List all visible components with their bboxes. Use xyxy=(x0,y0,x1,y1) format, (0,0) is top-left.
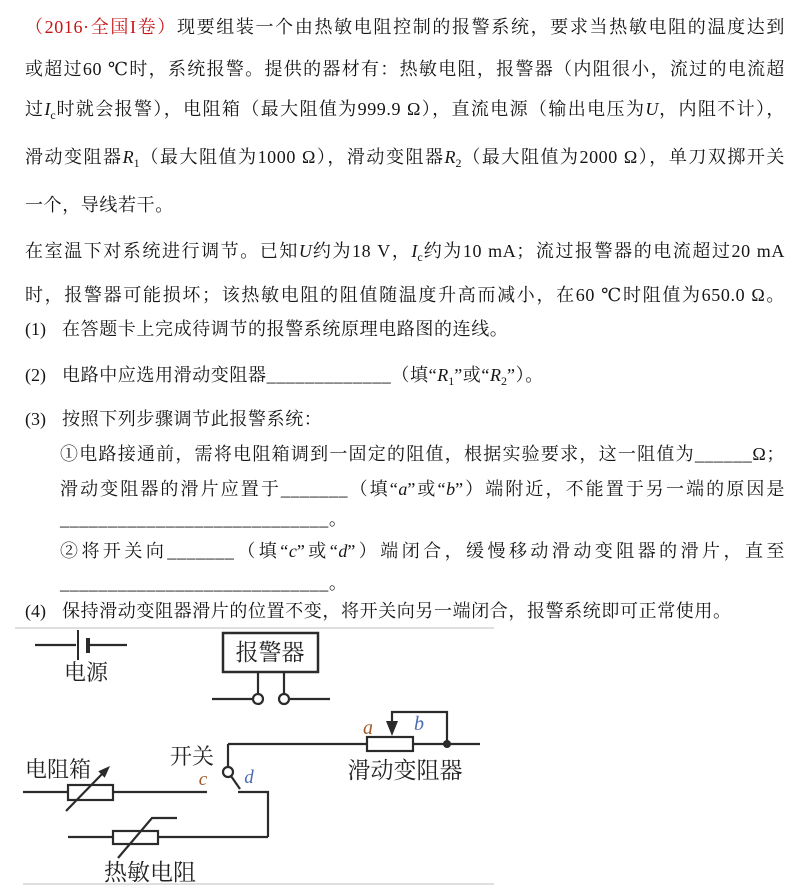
text-line-15: ____________________________。 xyxy=(60,572,347,594)
text-segment: 或超过60 ℃时，系统报警。提供的器材有：热敏电阻，报警器（内阻很小，流过的电流… xyxy=(25,59,785,79)
text-segment: 滑动变阻器 xyxy=(25,147,123,167)
text-segment: ”）端闭合，缓慢移动滑动变阻器的滑片，直至 xyxy=(347,541,785,561)
text-line-7: 时，报警器可能损坏；该热敏电阻的阻值随温度升高而减小，在60 ℃时阻值为650.… xyxy=(25,284,785,306)
text-segment: ”或“ xyxy=(297,541,339,561)
text-segment: a xyxy=(398,479,407,499)
text-segment: 一个，导线若干。 xyxy=(25,195,174,215)
text-segment: (2) xyxy=(25,364,62,386)
text-segment: b xyxy=(446,479,455,499)
text-segment: ____________________________ xyxy=(60,573,329,593)
text-segment: 约为10 mA；流过报警器的电流超过20 mA xyxy=(423,241,785,261)
text-segment: R xyxy=(123,147,134,167)
text-segment: ”）端附近，不能置于另一端的原因是 xyxy=(455,479,785,499)
rheostat-symbol xyxy=(228,712,480,751)
text-line-14: ②将开关向_______（填“c”或“d”）端闭合，缓慢移动滑动变阻器的滑片，直… xyxy=(60,540,785,562)
text-segment: _______ xyxy=(281,479,348,499)
wiper-arrow xyxy=(386,721,398,736)
text-segment: U xyxy=(299,241,312,261)
text-segment: 时就会报警），电阻箱（最大阻值为999.9 Ω），直流电源（输出电压为 xyxy=(56,99,646,119)
text-line-2: 或超过60 ℃时，系统报警。提供的器材有：热敏电阻，报警器（内阻很小，流过的电流… xyxy=(25,58,785,80)
thermistor-label: 热敏电阻 xyxy=(104,859,196,885)
text-segment: （填“ xyxy=(348,479,398,499)
text-line-5: 一个，导线若干。 xyxy=(25,194,174,216)
circuit-diagram: 电源 报警器 a b 滑动变阻器 开关 c xyxy=(0,626,500,890)
text-segment: Ω； xyxy=(752,444,785,464)
text-line-3: 过Ic时就会报警），电阻箱（最大阻值为999.9 Ω），直流电源（输出电压为U，… xyxy=(25,98,785,126)
terminal-d-label: d xyxy=(244,767,254,788)
switch-pivot xyxy=(223,767,233,777)
thermistor-symbol xyxy=(68,792,268,858)
text-segment: 过 xyxy=(25,99,44,119)
text-segment: _______ xyxy=(167,541,234,561)
terminal-c-label: c xyxy=(199,769,208,790)
text-segment: 保持滑动变阻器滑片的位置不变，将开关向另一端闭合，报警系统即可正常使用。 xyxy=(62,601,732,621)
terminal-b-label: b xyxy=(414,713,424,735)
text-segment: ”或“ xyxy=(454,365,490,385)
text-segment: (4) xyxy=(25,600,62,622)
text-segment: 在室温下对系统进行调节。已知 xyxy=(25,241,299,261)
switch-blade xyxy=(231,776,240,789)
document-page: （2016·全国I卷）现要组装一个由热敏电阻控制的报警系统，要求当热敏电阻的温度… xyxy=(0,0,801,890)
text-segment: U xyxy=(645,99,658,119)
text-segment: ______ xyxy=(695,444,753,464)
text-line-8: (1)在答题卡上完成待调节的报警系统原理电路图的连线。 xyxy=(25,318,508,340)
resistance-box-label: 电阻箱 xyxy=(25,757,91,782)
text-segment: 电路中应选用滑动变阻器 xyxy=(62,365,267,385)
text-segment: （填“ xyxy=(391,365,437,385)
text-line-13: ____________________________。 xyxy=(60,508,347,530)
text-segment: ”）。 xyxy=(507,365,544,385)
text-segment: 按照下列步骤调节此报警系统： xyxy=(62,409,322,429)
text-segment: （最大阻值为2000 Ω），单刀双掷开关 xyxy=(461,147,785,167)
contact-d-wire xyxy=(238,792,268,837)
switch-label: 开关 xyxy=(170,744,214,769)
text-segment: _____________ xyxy=(267,365,392,385)
text-segment: （2016·全国I卷） xyxy=(25,17,177,37)
power-source-label: 电源 xyxy=(64,660,109,685)
text-segment: (3) xyxy=(25,408,62,430)
text-segment: ①电路接通前，需将电阻箱调到一固定的阻值，根据实验要求，这一阻值为 xyxy=(60,444,695,464)
text-segment: 滑动变阻器的滑片应置于 xyxy=(60,479,281,499)
text-segment: R xyxy=(490,365,501,385)
alarm-left-terminal xyxy=(253,694,263,704)
text-segment: d xyxy=(338,541,347,561)
text-line-11: ①电路接通前，需将电阻箱调到一固定的阻值，根据实验要求，这一阻值为______Ω… xyxy=(60,443,785,465)
text-segment: ”或“ xyxy=(407,479,446,499)
text-segment: 约为18 V， xyxy=(312,241,412,261)
text-segment: 。 xyxy=(329,573,348,593)
text-segment: 在答题卡上完成待调节的报警系统原理电路图的连线。 xyxy=(62,319,508,339)
text-line-10: (3)按照下列步骤调节此报警系统： xyxy=(25,408,322,430)
rheostat-label: 滑动变阻器 xyxy=(348,757,463,783)
text-segment: （最大阻值为1000 Ω），滑动变阻器 xyxy=(140,147,445,167)
text-segment: 时，报警器可能损坏；该热敏电阻的阻值随温度升高而减小，在60 ℃时阻值为650.… xyxy=(25,285,785,305)
terminal-a-label: a xyxy=(363,717,373,739)
junction-dot xyxy=(443,740,451,748)
text-segment: 。 xyxy=(329,509,348,529)
text-segment: c xyxy=(289,541,297,561)
text-segment: （填“ xyxy=(234,541,288,561)
text-line-16: (4)保持滑动变阻器滑片的位置不变，将开关向另一端闭合，报警系统即可正常使用。 xyxy=(25,600,732,622)
text-segment: 现要组装一个由热敏电阻控制的报警系统，要求当热敏电阻的温度达到 xyxy=(177,17,785,37)
text-segment: R xyxy=(437,365,448,385)
alarm-right-terminal xyxy=(279,694,289,704)
text-line-9: (2)电路中应选用滑动变阻器_____________（填“R1”或“R2”）。 xyxy=(25,364,544,392)
text-line-4: 滑动变阻器R1（最大阻值为1000 Ω），滑动变阻器R2（最大阻值为2000 Ω… xyxy=(25,146,785,174)
text-line-12: 滑动变阻器的滑片应置于_______（填“a”或“b”）端附近，不能置于另一端的… xyxy=(60,478,785,500)
switch-symbol xyxy=(223,744,240,789)
alarm-label: 报警器 xyxy=(236,639,305,665)
power-source-symbol xyxy=(35,630,127,660)
text-segment: ，内阻不计）， xyxy=(658,99,785,119)
text-line-6: 在室温下对系统进行调节。已知U约为18 V，Ic约为10 mA；流过报警器的电流… xyxy=(25,240,785,268)
text-segment: R xyxy=(444,147,455,167)
text-line-1: （2016·全国I卷）现要组装一个由热敏电阻控制的报警系统，要求当热敏电阻的温度… xyxy=(25,16,785,38)
text-segment: ____________________________ xyxy=(60,509,329,529)
rheostat-body xyxy=(367,737,413,751)
text-segment: ②将开关向 xyxy=(60,541,167,561)
text-segment: (1) xyxy=(25,318,62,340)
